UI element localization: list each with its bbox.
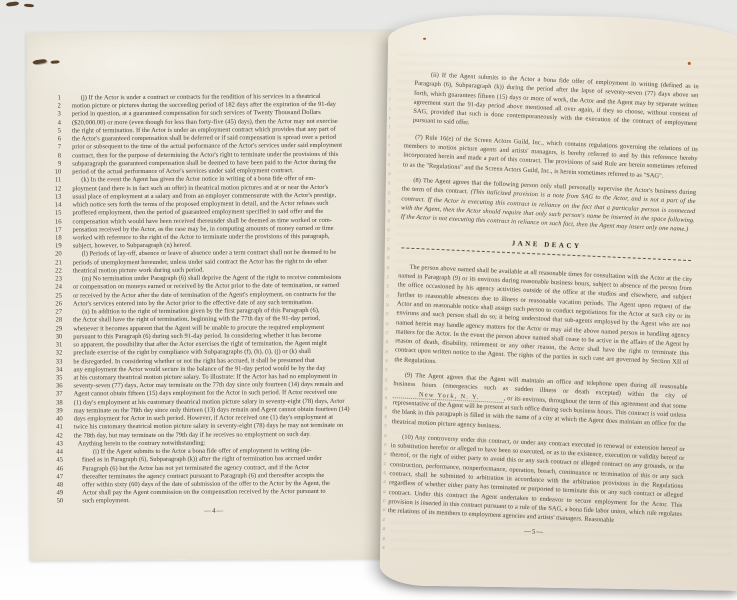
- edge-line-number: 11: [388, 179, 394, 188]
- edge-line-number: 2: [389, 95, 395, 104]
- edge-line-number: 18: [387, 244, 393, 253]
- line-number: 43: [49, 440, 63, 448]
- line-number: 44: [49, 449, 63, 457]
- paragraph-ii: (ii) If the Agent submits to the Actor a…: [413, 70, 699, 138]
- edge-line-number: 21: [386, 272, 392, 281]
- line-number: 38: [49, 399, 63, 407]
- line-number: 30: [48, 333, 62, 341]
- rust-stain: [32, 59, 46, 65]
- line-number: 2: [47, 103, 61, 111]
- line-text: such employment.: [74, 498, 130, 507]
- line-number: 49: [49, 490, 63, 498]
- edge-line-number: 9: [388, 160, 394, 169]
- edge-line-number: 20: [386, 263, 392, 272]
- edge-line-number: 14: [387, 207, 393, 216]
- line-number: 9: [47, 160, 61, 168]
- line-number: 4: [47, 119, 61, 127]
- edge-line-number: 32: [385, 375, 391, 384]
- line-number: 17: [48, 226, 62, 234]
- edge-line-number: 7: [388, 141, 394, 150]
- line-number: 11: [47, 177, 61, 185]
- line-number: 41: [49, 424, 63, 432]
- line-number: 46: [49, 465, 63, 473]
- line-number: 48: [49, 482, 63, 490]
- edge-line-number: 38: [384, 431, 390, 440]
- edge-line-number: 29: [385, 347, 391, 356]
- line-number: 1: [47, 95, 61, 103]
- line-number: 25: [48, 292, 62, 300]
- line-number: 33: [48, 358, 62, 366]
- line-text: worked with reference to the right of th…: [73, 233, 330, 243]
- line-number: 18: [48, 235, 62, 243]
- edge-line-number: 39: [384, 440, 390, 449]
- edge-line-number: 43: [383, 478, 389, 487]
- paragraph-9-text-cont: , or its environs, throughout the term o…: [392, 395, 687, 430]
- page-number: —4—: [29, 506, 399, 515]
- edge-line-number: 49: [382, 534, 388, 543]
- paragraph-10: (10) Any controversy under this contract…: [388, 432, 685, 528]
- paragraph-7: (7) Rule 16(e) of the Screen Actors Guil…: [403, 132, 698, 182]
- edge-line-number: 19: [387, 253, 393, 262]
- edge-line-number: 1: [389, 85, 395, 94]
- line-number: 31: [48, 342, 62, 350]
- edge-line-number: 30: [385, 356, 391, 365]
- edge-line-number: 50: [382, 543, 388, 552]
- ink-stain: [6, 1, 19, 7]
- edge-line-number: 41: [383, 459, 389, 468]
- line-number: 15: [47, 210, 61, 218]
- city-blank-value: New York, N. Y.: [419, 391, 480, 401]
- line-number: 28: [48, 317, 62, 325]
- line-number: 10: [47, 169, 61, 177]
- line-number: 40: [49, 416, 63, 424]
- line-number: 19: [48, 243, 62, 251]
- edge-line-number: 35: [384, 403, 390, 412]
- edge-line-number: 5: [389, 123, 395, 132]
- edge-line-number: 37: [384, 422, 390, 431]
- edge-line-number: 42: [383, 468, 389, 477]
- line-number: 20: [48, 251, 62, 259]
- line-number: 42: [49, 432, 63, 440]
- paragraph-8: (8) The Agent agrees that the following …: [400, 175, 696, 234]
- line-number: 6: [47, 136, 61, 144]
- edge-line-number: 22: [386, 281, 392, 290]
- edge-line-number: 40: [384, 450, 390, 459]
- edge-line-number: 25: [386, 309, 392, 318]
- line-number: 21: [48, 259, 62, 267]
- edge-line-number: 4: [389, 113, 395, 122]
- line-number: 47: [49, 473, 63, 481]
- line-number: 27: [48, 309, 62, 317]
- edge-line-number: 12: [388, 188, 394, 197]
- line-number: 32: [48, 350, 62, 358]
- supervisor-name-block: JANE DEACY: [401, 235, 691, 261]
- edge-line-number: 34: [384, 394, 390, 403]
- edge-line-number: 26: [386, 319, 392, 328]
- edge-line-number: 33: [385, 384, 391, 393]
- line-number: 34: [48, 366, 62, 374]
- document-page-5: 1234567891011121314151617181920212223242…: [380, 13, 737, 591]
- line-number: 3: [47, 111, 61, 119]
- line-number: 12: [47, 185, 61, 193]
- edge-line-number: 28: [385, 337, 391, 346]
- edge-line-number: 17: [387, 235, 393, 244]
- edge-line-number: 10: [388, 169, 394, 178]
- line-number: 14: [47, 202, 61, 210]
- page-5-text: (ii) If the Agent submits to the Actor a…: [387, 69, 701, 543]
- edge-line-number: 3: [389, 104, 395, 113]
- edge-line-number: 16: [387, 225, 393, 234]
- line-number: 29: [48, 325, 62, 333]
- line-number: 39: [49, 407, 63, 415]
- line-number: 23: [48, 276, 62, 284]
- rust-stain: [50, 60, 59, 64]
- line-number: 36: [49, 383, 63, 391]
- rust-speck: [423, 38, 426, 40]
- line-number: 35: [48, 374, 62, 382]
- line-number: 37: [49, 391, 63, 399]
- edge-line-number: 15: [387, 216, 393, 225]
- line-number: 22: [48, 267, 62, 275]
- edge-line-number: 13: [387, 197, 393, 206]
- rust-speck: [688, 62, 691, 65]
- edge-line-number: 31: [385, 365, 391, 374]
- edge-line-number: 24: [386, 300, 392, 309]
- line-number: 16: [48, 218, 62, 226]
- photo-backdrop: 1 (j) If the Actor is under a contract o…: [0, 0, 737, 600]
- edge-line-number: 8: [388, 151, 394, 160]
- edge-line-number: 27: [385, 328, 391, 337]
- line-number: 24: [48, 284, 62, 292]
- line-number: 7: [47, 144, 61, 152]
- line-number: 8: [47, 152, 61, 160]
- line-number: 13: [47, 193, 61, 201]
- edge-line-number: 23: [386, 291, 392, 300]
- line-text: Actor shall pay the Agent commission on …: [74, 488, 325, 498]
- ink-stain: [24, 4, 34, 8]
- edge-line-number: 6: [389, 132, 395, 141]
- paragraph-8-italic-note: (This italicized provision is a note fro…: [401, 189, 696, 233]
- line-number: 50: [49, 498, 63, 506]
- paragraph-person: The person above named shall be availabl…: [394, 262, 692, 377]
- line-number: 5: [47, 127, 61, 135]
- line-number: 26: [48, 300, 62, 308]
- line-number: 45: [49, 457, 63, 465]
- edge-line-number: 36: [384, 412, 390, 421]
- paragraph-9: (9) The Agent agrees that the Agent will…: [392, 370, 688, 439]
